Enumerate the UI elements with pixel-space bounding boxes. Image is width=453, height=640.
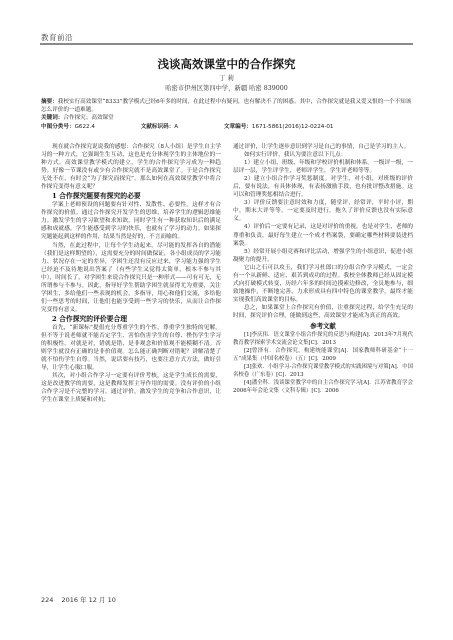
section-tag: 教育前沿 [41,32,73,43]
paragraph: 其次，对小组合作学习一定要有评价考核，这是学生成长的需要，这是改进教学的需要，这… [41,372,221,404]
list-item: 5）经常开展小组竞赛和评比活动，增强学生的小组意识，促进小组凝聚力的提升。 [233,248,413,264]
classification-line: 中图分类号：G622.4 文献标识码：A 文章编号：1671-5861(2016… [41,123,413,131]
list-item: 4）评价后一定要有记录，这是对评价的重视，也是对学生、老师的尊重和负责，最好每生… [233,223,413,247]
abstract: 摘要：我校实行高效课堂“8333”教学模式已经6年多的时间，在此过程中有疑问，也… [41,98,413,114]
paragraph: 首先，“新课标”提倡充分尊重学生的个性，尊重学生独特的见解。但不等于说老师就不能… [41,324,221,372]
paragraph: 当然，在此过程中，让每个学生动起来，尽可能的发挥各自的潜能（我们是这样期望的），… [41,242,221,314]
intro-paragraph: 现在就合作探究说说我的感想：合作探究（8人小组）是学生自主学习的一种方式，它强调… [41,143,221,191]
article-author: 丁 莉 [0,73,453,82]
section-heading-1: 1 合作探究题要有探究的必要 [41,192,221,201]
article-affiliation: 哈密市伊州区第四中学，新疆 哈密 839000 [0,83,453,92]
list-item: 3）评价反馈要注意时效和力度，随堂评，经常评，平时小评，期中，期末大评等等。一定… [233,199,413,223]
article-number: 文章编号：1671-5861(2016)12-0224-01 [224,124,356,130]
class-number: 中图分类号：G622.4 [41,124,117,130]
keywords: 关键词：合作探究；高效课堂 [41,114,413,122]
reference-item: [3]张欢．小组学习-合作探究课堂教学模式的实践困境与对策[A]．中国名校卷（广… [233,363,413,379]
page-footer: 224 2016 年 12 月 10 [41,595,122,604]
article-title: 浅谈高效课堂中的合作探究 [0,56,453,72]
issue-date: 2016 年 12 月 10 [62,596,116,604]
document-code: 文献标识码：A [141,124,200,130]
section-heading-2: 2 合作探究的评价要合理 [41,315,221,324]
paragraph: 如何实行评价，我认为要注意以下几点： [233,151,413,159]
abstract-text: 我校实行高效课堂“8333”教学模式已经6年多的时间，在此过程中有疑问，也有解决… [41,99,411,113]
reference-item: [4]潘全科．浅谈课堂教学中的自主合作探究学习[A]．江苏省教育学会2006年年… [233,379,413,395]
references-title: 参考文献 [233,322,413,331]
paragraph: 它山之石可以攻玉，我们学习杜郎口的分组合作学习模式，一定会有一个从新鲜、适应、艰… [233,264,413,304]
header-rule [40,43,413,45]
left-column: 现在就合作探究说说我的感想：合作探究（8人小组）是学生自主学习的一种方式，它强调… [41,143,221,404]
keywords-label: 关键词： [41,115,63,121]
right-column: 通过评价，让学生逐步意识到学习是自己的事情，自己是学习的主人。 如何实行评价，我… [233,143,413,395]
list-item: 2）建立小组合作学习奖惩制度。对学生，对小组，对班级的评价后，要有说法，有具体体… [233,175,413,199]
reference-item: [2]曾泽有．合作探究，构建统能课堂[A]．国家教师科研基金“十一五”成果集（中… [233,347,413,363]
paragraph: 通过评价，让学生逐步意识到学习是自己的事情，自己是学习的主人。 [233,143,413,151]
list-item: 1）建立小组、班级、年级和学校评价机制和体系。一级评一级，一层评一层，学生评学生… [233,159,413,175]
page-number: 224 [41,596,53,604]
reference-item: [1]李庆伟．语文课堂小组合作探究的反思与构建[A]．2013年7月现代教育教学… [233,331,413,347]
paragraph: 总之，如果课堂上合作探究有价值，注重探究过程，给学生充足的时间，探究评价合理，能… [233,304,413,320]
abstract-label: 摘要： [41,99,58,105]
paragraph: 学案上老师预设的问题要有针对性、发散性、必要性，这样才有合作探究的价值。通过合作… [41,201,221,241]
keywords-text: 合作探究；高效课堂 [63,115,113,121]
